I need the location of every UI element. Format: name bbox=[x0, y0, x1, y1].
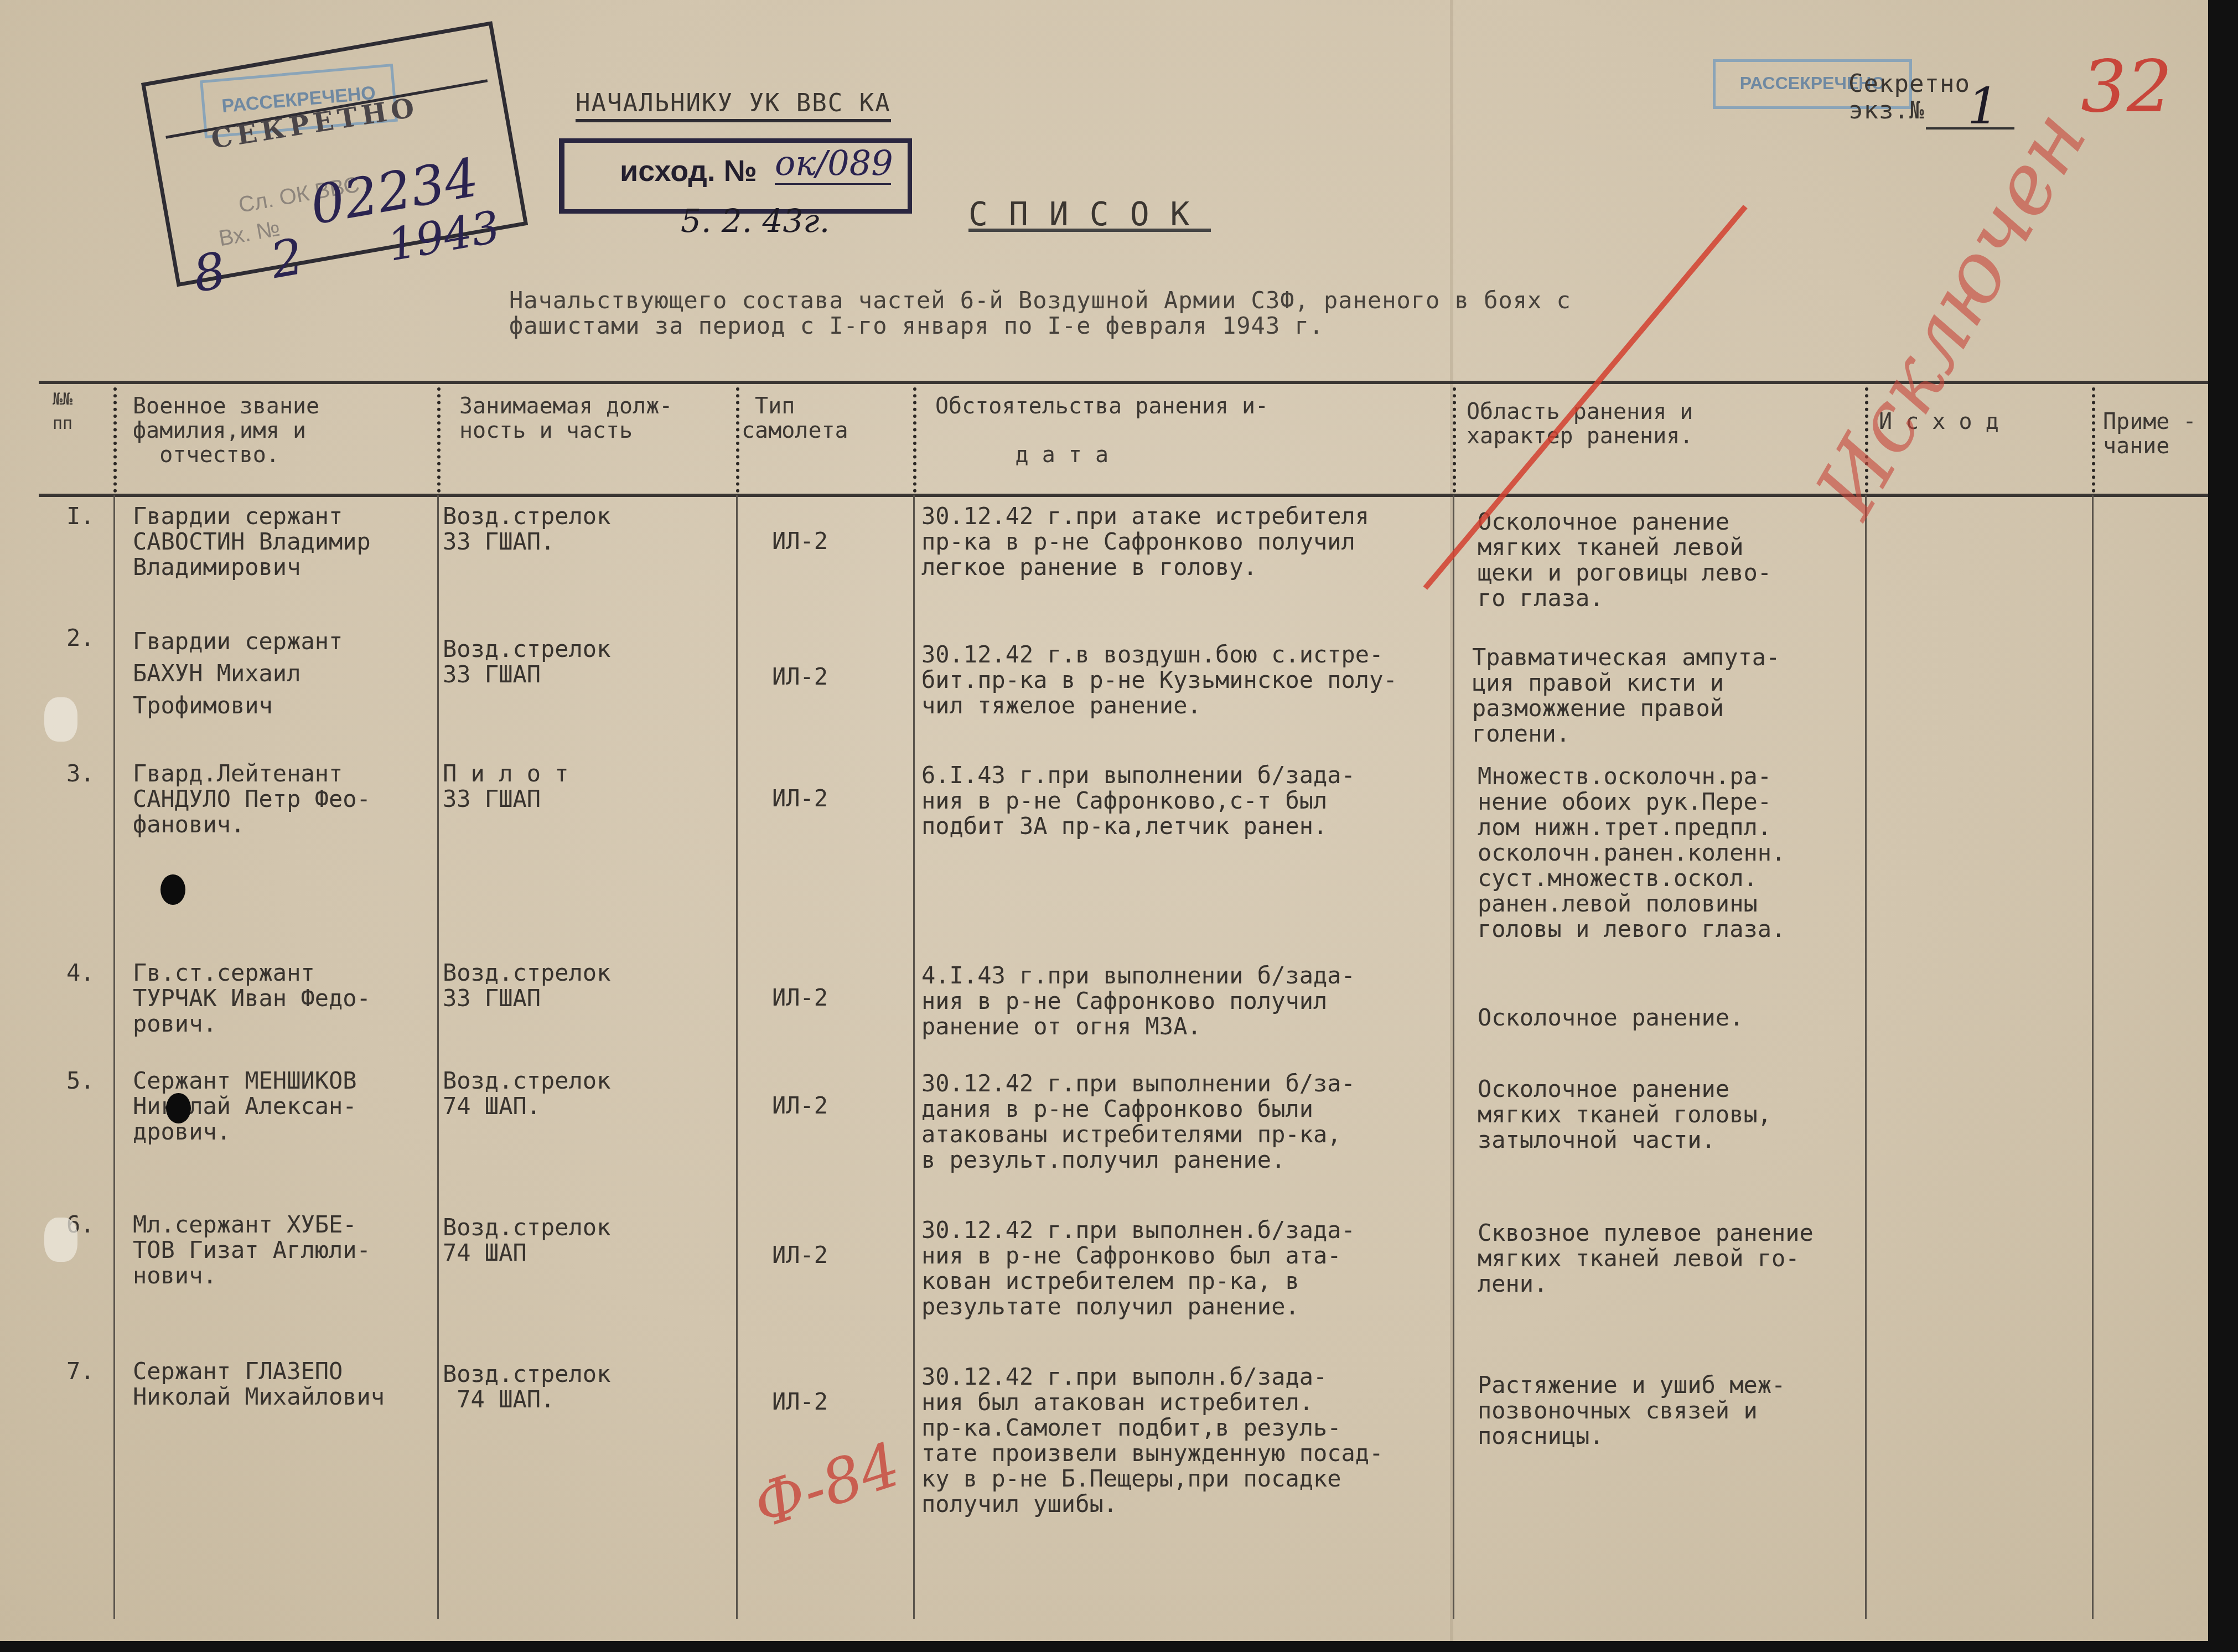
aircraft-type: ИЛ-2 bbox=[772, 664, 828, 690]
wound-description: Осколочное ранение. bbox=[1478, 980, 1743, 1030]
addressee: НАЧАЛЬНИКУ УК ВВС КА bbox=[576, 91, 891, 122]
header-rank-name: Военное звание фамилия,имя и отчество. bbox=[133, 394, 319, 467]
paper-damage bbox=[44, 697, 77, 742]
archive-document-page: РАССЕКРЕЧЕНО СЕКРЕТНО Сл. ОК ВВС Вх. № 0… bbox=[0, 0, 2208, 1641]
header-divider bbox=[1453, 387, 1456, 493]
position: П и л о т 33 ГШАП bbox=[443, 761, 569, 812]
wound-description: Осколочное ранение мягких тканей левой щ… bbox=[1478, 509, 1771, 611]
outgoing-number: ок/089 bbox=[775, 143, 891, 185]
header-position: Занимаемая долж- ность и часть bbox=[459, 394, 672, 443]
paper-damage bbox=[44, 1218, 77, 1262]
circumstances: 4.I.43 г.при выполнении б/зада- ния в р-… bbox=[921, 963, 1355, 1039]
row-number: I. bbox=[66, 504, 95, 529]
punch-hole bbox=[160, 874, 185, 905]
aircraft-type: ИЛ-2 bbox=[772, 1093, 828, 1118]
circumstances: 30.12.42 г.при атаке истребителя пр-ка в… bbox=[921, 504, 1369, 580]
row-number: 4. bbox=[66, 960, 95, 986]
subtitle-line-1: Начальствующего состава частей 6-й Возду… bbox=[509, 288, 1571, 313]
wound-description: Осколочное ранение мягких тканей головы,… bbox=[1478, 1076, 1771, 1153]
punch-hole bbox=[166, 1093, 191, 1123]
circumstances: 30.12.42 г.при выполнении б/за- дания в … bbox=[921, 1071, 1355, 1173]
circumstances: 30.12.42 г.при выполн.б/зада- ния был ат… bbox=[921, 1364, 1383, 1517]
rank-name: Мл.сержант ХУБЕ- ТОВ Гизат Аглюли- нович… bbox=[133, 1212, 371, 1288]
copy-number: 1 bbox=[1967, 77, 1999, 136]
column-rule bbox=[437, 495, 439, 1619]
rank-name: Сержант ГЛАЗЕПО Николай Михайлович bbox=[133, 1359, 385, 1410]
header-divider bbox=[437, 387, 441, 493]
wound-description: Множеств.осколочн.ра- нение обоих рук.Пе… bbox=[1478, 764, 1785, 942]
outgoing-label: исход. № bbox=[620, 154, 757, 188]
rank-name: Гвардии сержант САВОСТИН Владимир Владим… bbox=[133, 504, 371, 580]
aircraft-type: ИЛ-2 bbox=[772, 985, 828, 1011]
header-divider bbox=[113, 387, 117, 493]
copy-label: экз.№ bbox=[1848, 99, 1924, 123]
classification-label: Секретно bbox=[1848, 72, 1970, 96]
position: Возд.стрелок 74 ШАП. bbox=[443, 1068, 610, 1119]
wound-description: Растяжение и ушиб меж- позвоночных связе… bbox=[1478, 1373, 1785, 1449]
row-number: 5. bbox=[66, 1068, 95, 1094]
red-handwritten-annotation: Исключен bbox=[1797, 95, 2106, 533]
circumstances: 6.I.43 г.при выполнении б/зада- ния в р-… bbox=[921, 763, 1355, 839]
header-circumstances: Обстоятельства ранения и- д а т а bbox=[935, 394, 1268, 467]
position: Возд.стрелок 74 ШАП bbox=[443, 1215, 610, 1266]
column-rule bbox=[913, 495, 915, 1619]
column-rule bbox=[736, 495, 738, 1619]
row-number: 3. bbox=[66, 761, 95, 786]
header-number: №№ пп bbox=[53, 387, 72, 436]
position: Возд.стрелок 74 ШАП. bbox=[443, 1361, 610, 1412]
column-rule bbox=[1865, 495, 1867, 1619]
aircraft-type: ИЛ-2 bbox=[772, 786, 828, 811]
circumstances: 30.12.42 г.при выполнен.б/зада- ния в р-… bbox=[921, 1218, 1355, 1319]
red-bottom-mark: Ф-84 bbox=[745, 1429, 909, 1542]
rank-name: Гв.ст.сержант ТУРЧАК Иван Федо- рович. bbox=[133, 960, 371, 1037]
header-note: Приме - чание bbox=[2103, 410, 2196, 458]
column-rule bbox=[1453, 495, 1454, 1619]
header-divider bbox=[913, 387, 916, 493]
row-number: 2. bbox=[66, 625, 95, 651]
outgoing-date: 5. 2. 43г. bbox=[681, 202, 830, 240]
aircraft-type: ИЛ-2 bbox=[772, 1389, 828, 1415]
circumstances: 30.12.42 г.в воздушн.бою с.истре- бит.пр… bbox=[921, 642, 1397, 718]
rank-name: Гвардии сержант БАХУН Михаил Трофимович bbox=[133, 625, 343, 722]
row-number: 7. bbox=[66, 1359, 95, 1384]
document-title: СПИСОК bbox=[968, 202, 1211, 232]
aircraft-type: ИЛ-2 bbox=[772, 529, 828, 554]
aircraft-type: ИЛ-2 bbox=[772, 1242, 828, 1268]
wound-description: Сквозное пулевое ранение мягких тканей л… bbox=[1478, 1220, 1814, 1297]
column-rule bbox=[113, 495, 115, 1619]
column-rule bbox=[2092, 495, 2094, 1619]
page-number: 32 bbox=[2081, 44, 2172, 128]
header-divider bbox=[736, 387, 739, 493]
subtitle-line-2: фашистами за период с I-го января по I-е… bbox=[509, 313, 1324, 339]
position: Возд.стрелок 33 ГШАП bbox=[443, 960, 610, 1011]
rank-name: Гвард.Лейтенант САНДУЛО Петр Фео- фанови… bbox=[133, 761, 371, 837]
position: Возд.стрелок 33 ГШАП bbox=[443, 636, 610, 687]
wound-description: Травматическая ампута- ция правой кисти … bbox=[1472, 645, 1780, 747]
header-aircraft: Тип самолета bbox=[742, 394, 848, 443]
header-divider bbox=[2092, 387, 2095, 493]
position: Возд.стрелок 33 ГШАП. bbox=[443, 504, 610, 555]
